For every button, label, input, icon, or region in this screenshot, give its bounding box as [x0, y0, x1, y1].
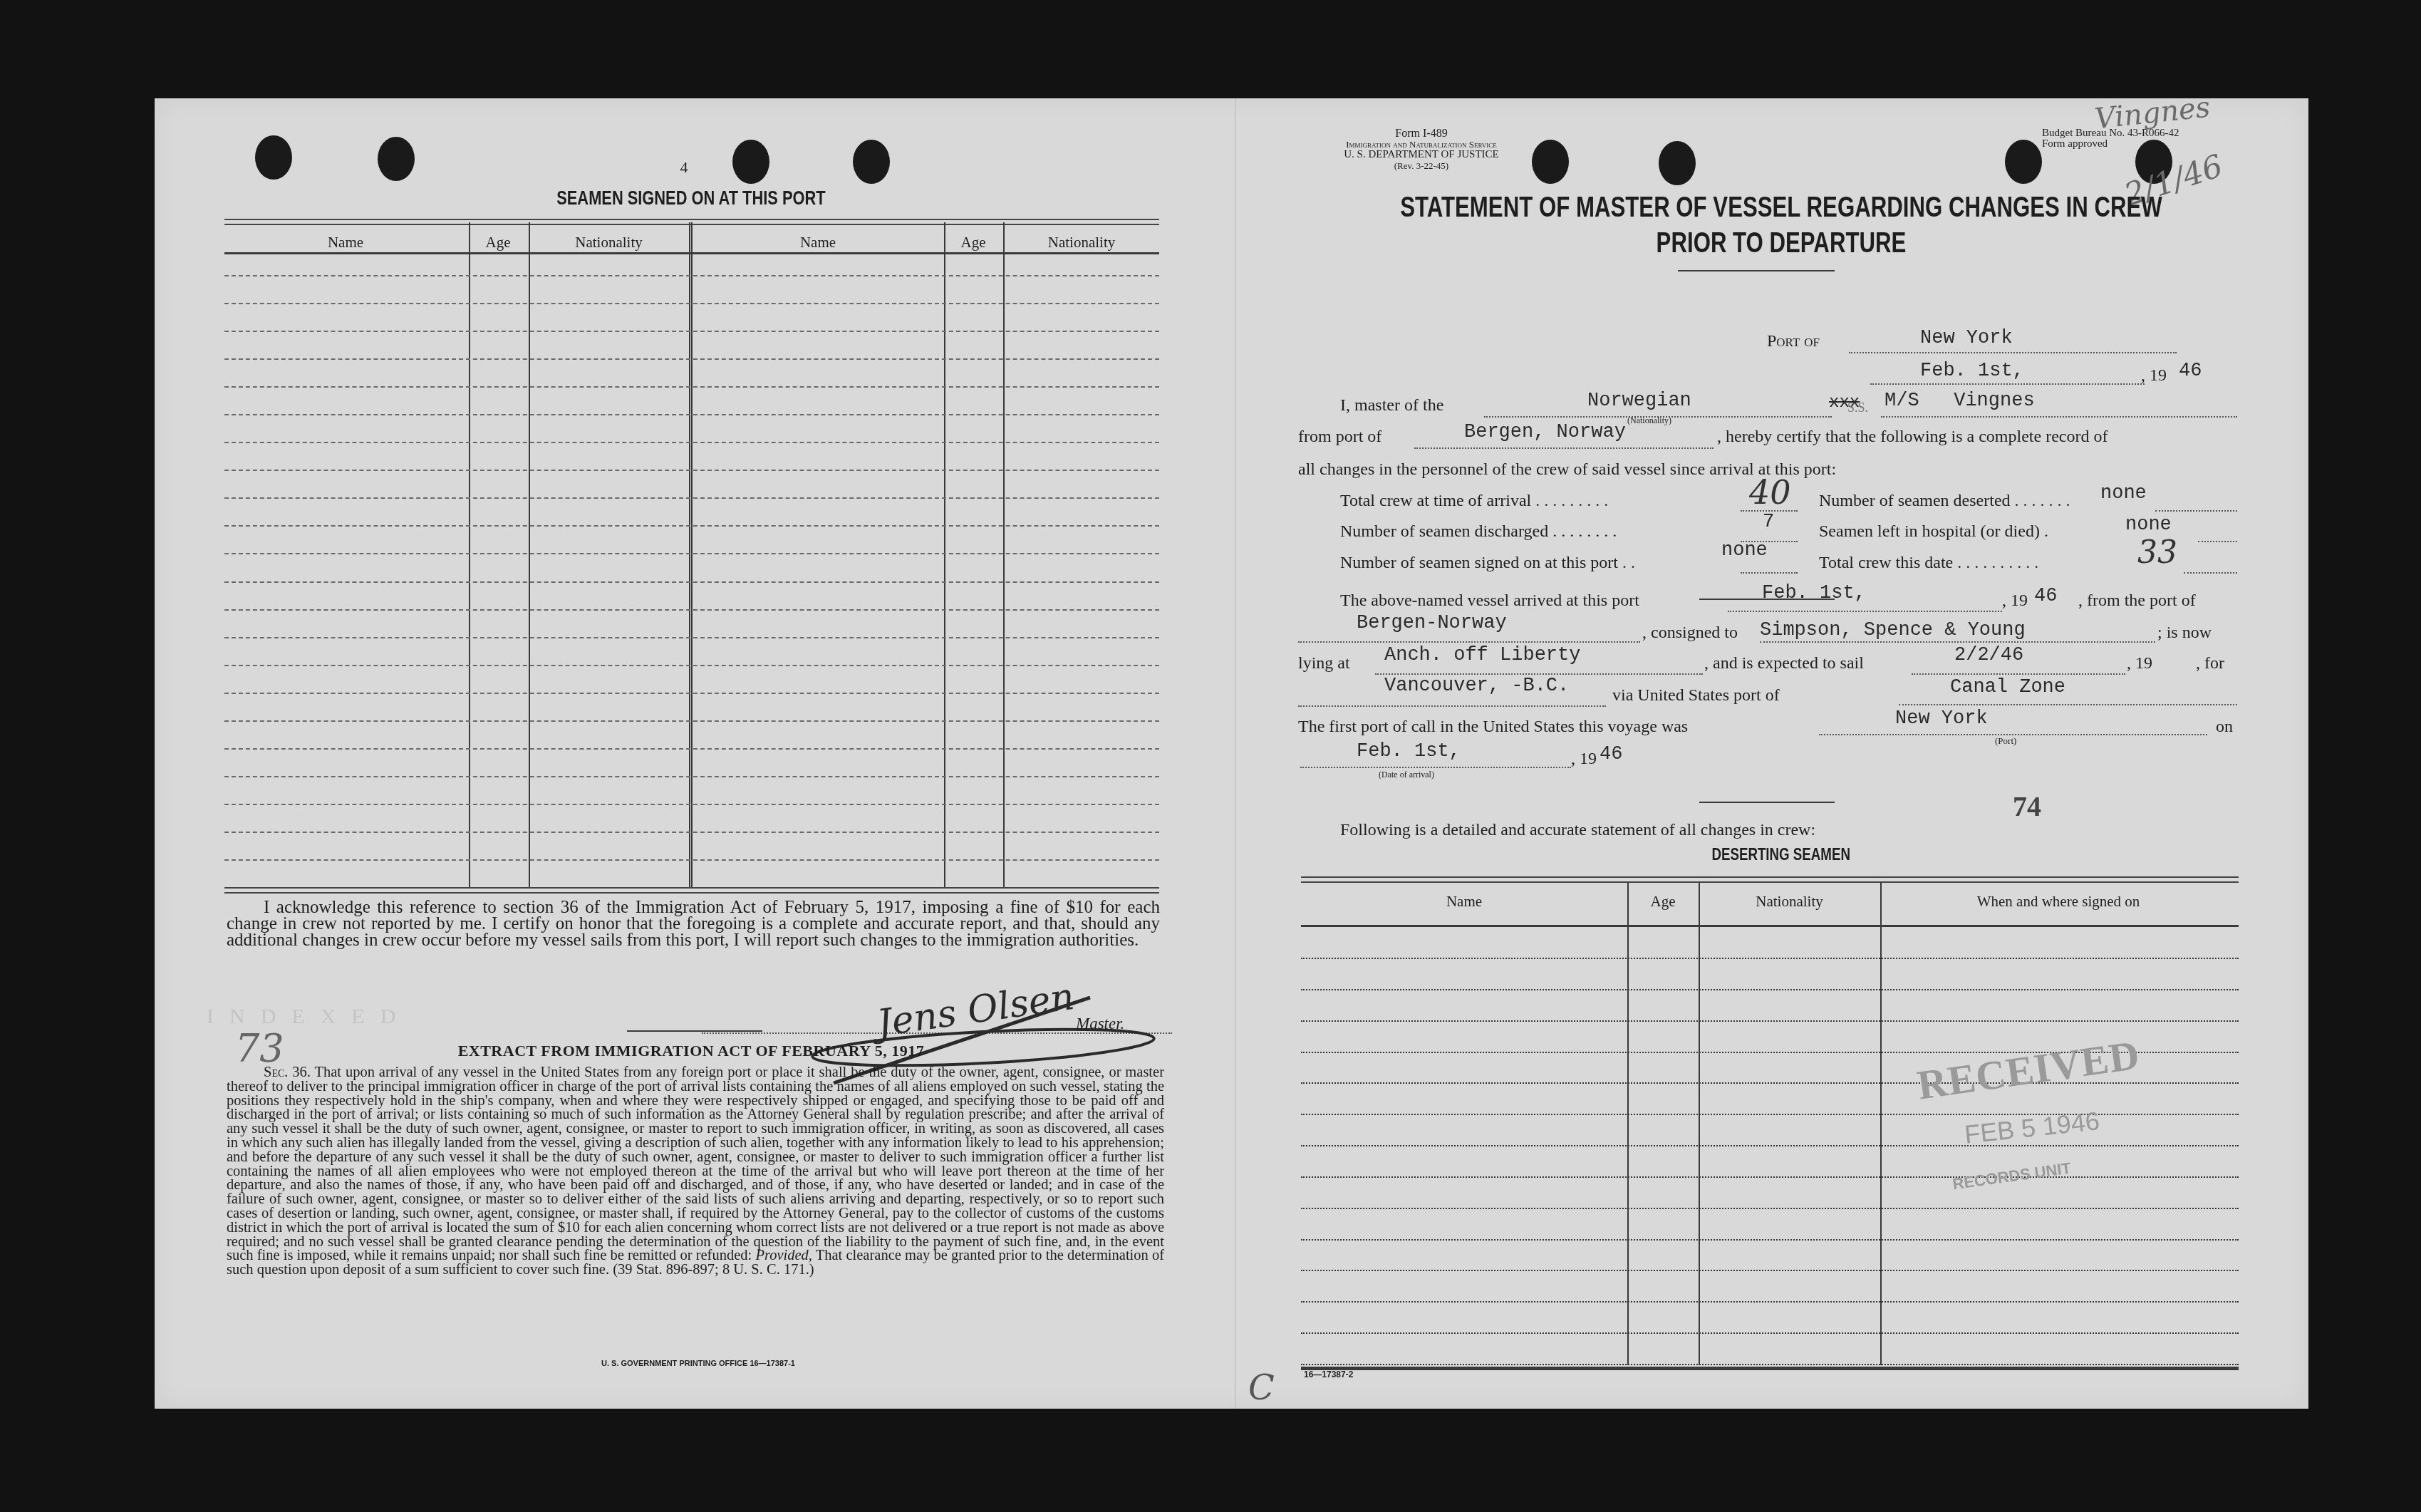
table-row: [224, 331, 1159, 332]
first-date-value[interactable]: Feb. 1st,: [1357, 741, 1461, 762]
arrived-year-prefix: , 19: [2002, 591, 2028, 611]
table-row: [224, 303, 1159, 304]
arrived-year[interactable]: 46: [2034, 586, 2057, 607]
table-row: [1301, 1020, 2239, 1022]
lying-at-label: lying at: [1298, 654, 1350, 673]
deserting-top-rule: [1301, 876, 2239, 883]
table-row: [224, 665, 1159, 666]
origin-value[interactable]: Bergen-Norway: [1357, 613, 1507, 634]
table-row: [224, 609, 1159, 611]
signed-on-line: [1741, 572, 1798, 574]
following-text: Following is a detailed and accurate sta…: [1340, 821, 1815, 840]
year-value[interactable]: 46: [2179, 361, 2202, 382]
port-of-label: Port of: [1767, 332, 1820, 351]
signed-on-label: Number of seamen signed on at this port …: [1340, 554, 1635, 573]
from-port-line: [1414, 447, 1714, 449]
form-title-line2: PRIOR TO DEPARTURE: [1392, 225, 2170, 261]
table-row: [224, 804, 1159, 805]
from-port-of-label: , from the port of: [2078, 591, 2196, 611]
nationality-caption: (Nationality): [1627, 415, 1671, 426]
deserting-title-text: DESERTING SEAMEN: [1712, 845, 1851, 865]
consigned-line: [1760, 641, 2155, 643]
table-row: [224, 776, 1159, 777]
form-number: Form I-489: [1290, 128, 1553, 139]
via-line: [1899, 704, 2237, 705]
sail-line: [1912, 673, 2125, 675]
table-row: [224, 720, 1159, 722]
signed-on-title-text: SEAMEN SIGNED ON AT THIS PORT: [556, 187, 825, 209]
origin-line: [1298, 641, 1640, 643]
table-row: [224, 693, 1159, 694]
table-row: [224, 581, 1159, 583]
from-port-label: from port of: [1298, 428, 1381, 447]
table-row: [1301, 1145, 2239, 1146]
arrived-line: [1728, 611, 2002, 612]
extract-body-text: That upon arrival of any vessel in the U…: [227, 1065, 1164, 1263]
table-row: [1301, 1239, 2239, 1241]
department-name: U. S. DEPARTMENT OF JUSTICE: [1290, 150, 1553, 160]
total-arrival-value[interactable]: 40: [1749, 473, 1791, 512]
table-row: [224, 497, 1159, 499]
via-label: via United States port of: [1612, 686, 1780, 705]
consigned-value[interactable]: Simpson, Spence & Young: [1760, 620, 2026, 641]
revision-date: (Rev. 3-22-45): [1290, 160, 1553, 171]
table-row: [224, 414, 1159, 415]
port-caption: (Port): [1995, 735, 2016, 747]
table-row: [224, 525, 1159, 527]
extract-body: Sec. 36. That upon arrival of any vessel…: [227, 1066, 1164, 1278]
column-divider: [689, 222, 693, 889]
first-date-line: [1300, 767, 1571, 768]
extract-title: EXTRACT FROM IMMIGRATION ACT OF FEBRUARY…: [399, 1042, 983, 1060]
first-year[interactable]: 46: [1600, 744, 1622, 765]
printer-code: 16—17387-2: [1304, 1369, 1353, 1379]
extract-provided: Provided,: [755, 1248, 812, 1263]
col-header-nationality-2: Nationality: [1003, 234, 1160, 252]
table-row: [224, 386, 1159, 388]
divider-rule: [627, 1030, 762, 1032]
hospital-label: Seamen left in hospital (or died) .: [1819, 522, 2048, 542]
table-row: [1301, 958, 2239, 959]
table-row: [224, 358, 1159, 360]
deserting-col-age: Age: [1627, 893, 1699, 911]
lying-at-line: [1375, 673, 1703, 675]
page-number-stamp: 74: [2013, 789, 2041, 823]
acknowledgement-text: I acknowledge this reference to section …: [227, 899, 1160, 948]
year-prefix: , 19: [2141, 366, 2167, 385]
punch-hole-icon: [853, 140, 890, 184]
column-divider: [1627, 882, 1629, 1365]
nationality-value[interactable]: Norwegian: [1587, 390, 1691, 412]
table-row: [224, 470, 1159, 471]
port-of-value[interactable]: New York: [1920, 328, 2013, 349]
form-title-line1: STATEMENT OF MASTER OF VESSEL REGARDING …: [1392, 190, 2170, 225]
indexed-ghost-stamp: INDEXED: [207, 1005, 411, 1029]
form-title: STATEMENT OF MASTER OF VESSEL REGARDING …: [1282, 190, 2280, 261]
col-header-age: Age: [469, 234, 527, 252]
form-header-left: Form I-489 Immigration and Naturalizatio…: [1290, 128, 1553, 171]
first-port-label: The first port of call in the United Sta…: [1298, 718, 1688, 737]
table-row: [224, 275, 1159, 276]
via-value[interactable]: Canal Zone: [1950, 677, 2065, 698]
vessel-value[interactable]: M/S Vingnes: [1885, 390, 2035, 412]
date-line: [1870, 383, 2145, 385]
sail-value[interactable]: 2/2/46: [1954, 645, 2023, 666]
table-row: [224, 748, 1159, 750]
punch-hole-icon: [378, 137, 415, 181]
hospital-line: [2198, 541, 2237, 542]
first-year-prefix: , 19: [1571, 750, 1597, 769]
deserting-bottom-rule: [1301, 1367, 2239, 1370]
column-divider: [944, 222, 945, 889]
table-row: [224, 553, 1159, 554]
title-underline: [1678, 270, 1835, 271]
total-arrival-label: Total crew at time of arrival . . . . . …: [1340, 492, 1608, 511]
center-fold: [1235, 98, 1236, 1409]
column-divider: [1003, 222, 1005, 889]
table-row: [224, 832, 1159, 833]
first-port-value[interactable]: New York: [1895, 708, 1988, 730]
deserted-label: Number of seamen deserted . . . . . . .: [1819, 492, 2070, 511]
col-header-age-2: Age: [944, 234, 1002, 252]
page-number: 4: [670, 158, 698, 177]
table-bottom-rule: [224, 887, 1159, 894]
on-label: on: [2216, 718, 2233, 737]
port-of-line: [1849, 352, 2177, 353]
deserting-title: DESERTING SEAMEN: [1567, 845, 1995, 865]
sail-year-prefix: , 19: [2127, 654, 2152, 673]
section-divider: [1699, 802, 1835, 803]
total-date-value[interactable]: 33: [2137, 534, 2177, 571]
table-row: [1301, 1270, 2239, 1271]
column-divider: [1880, 882, 1882, 1365]
total-date-label: Total crew this date . . . . . . . . . .: [1819, 554, 2038, 573]
discharged-label: Number of seamen discharged . . . . . . …: [1340, 522, 1617, 542]
ss-label: S.S.: [1847, 400, 1868, 415]
deserting-col-when-where: When and where signed on: [1880, 893, 2236, 911]
deserting-col-nationality: Nationality: [1699, 893, 1880, 911]
signed-on-table-title: SEAMEN SIGNED ON AT THIS PORT: [399, 187, 983, 209]
margin-mark: C: [1248, 1368, 1275, 1408]
deserted-value[interactable]: none: [2100, 483, 2147, 504]
arrived-label: The above-named vessel arrived at this p…: [1340, 591, 1639, 611]
column-divider: [469, 222, 470, 889]
form-approved: Form approved: [2042, 139, 2179, 150]
printer-line: U. S. GOVERNMENT PRINTING OFFICE 16—1738…: [499, 1360, 898, 1368]
table-row: [224, 442, 1159, 443]
punch-hole-icon: [732, 140, 769, 184]
table-row: [1301, 1332, 2239, 1334]
discharged-value[interactable]: 7: [1763, 512, 1774, 533]
punch-hole-icon: [255, 135, 292, 180]
expected-label: , and is expected to sail: [1704, 654, 1864, 673]
date-caption: (Date of arrival): [1379, 770, 1434, 780]
table-row: [1301, 1364, 2239, 1365]
total-date-line: [2184, 572, 2237, 574]
col-header-name-2: Name: [693, 234, 943, 252]
vessel-line: [1881, 416, 2237, 418]
from-port-value[interactable]: Bergen, Norway: [1464, 422, 1626, 443]
col-header-nationality: Nationality: [529, 234, 689, 252]
master-of-label: I, master of the: [1340, 396, 1443, 415]
col-header-name: Name: [224, 234, 467, 252]
deserted-line: [2155, 510, 2237, 512]
table-row: [1301, 1208, 2239, 1209]
column-divider: [529, 222, 530, 889]
table-row: [1301, 1301, 2239, 1303]
table-row: [1301, 1176, 2239, 1178]
date-value[interactable]: Feb. 1st,: [1920, 361, 2024, 382]
table-row: [224, 859, 1159, 861]
hospital-value[interactable]: none: [2125, 514, 2172, 536]
consigned-label: , consigned to: [1642, 623, 1738, 643]
destination-value[interactable]: Vancouver, -B.C.: [1384, 675, 1569, 697]
master-label: Master.: [1076, 1015, 1124, 1033]
arrived-value[interactable]: Feb. 1st,: [1762, 583, 1866, 604]
certify-text: , hereby certify that the following is a…: [1717, 428, 2108, 447]
extract-section-label: Sec. 36.: [264, 1065, 311, 1080]
column-divider: [1699, 882, 1700, 1365]
deserting-header-rule: [1301, 925, 2239, 927]
table-row: [1301, 989, 2239, 990]
punch-hole-icon: [2005, 140, 2042, 184]
lying-at-value[interactable]: Anch. off Liberty: [1384, 645, 1580, 666]
table-row: [224, 637, 1159, 638]
for-label: , for: [2196, 654, 2224, 673]
signed-on-value[interactable]: none: [1721, 540, 1768, 561]
destination-line: [1298, 705, 1606, 707]
deserting-col-name: Name: [1301, 893, 1627, 911]
punch-hole-icon: [1659, 141, 1696, 185]
is-now-label: ; is now: [2157, 623, 2212, 643]
agency-name: Immigration and Naturalization Service: [1290, 139, 1553, 150]
